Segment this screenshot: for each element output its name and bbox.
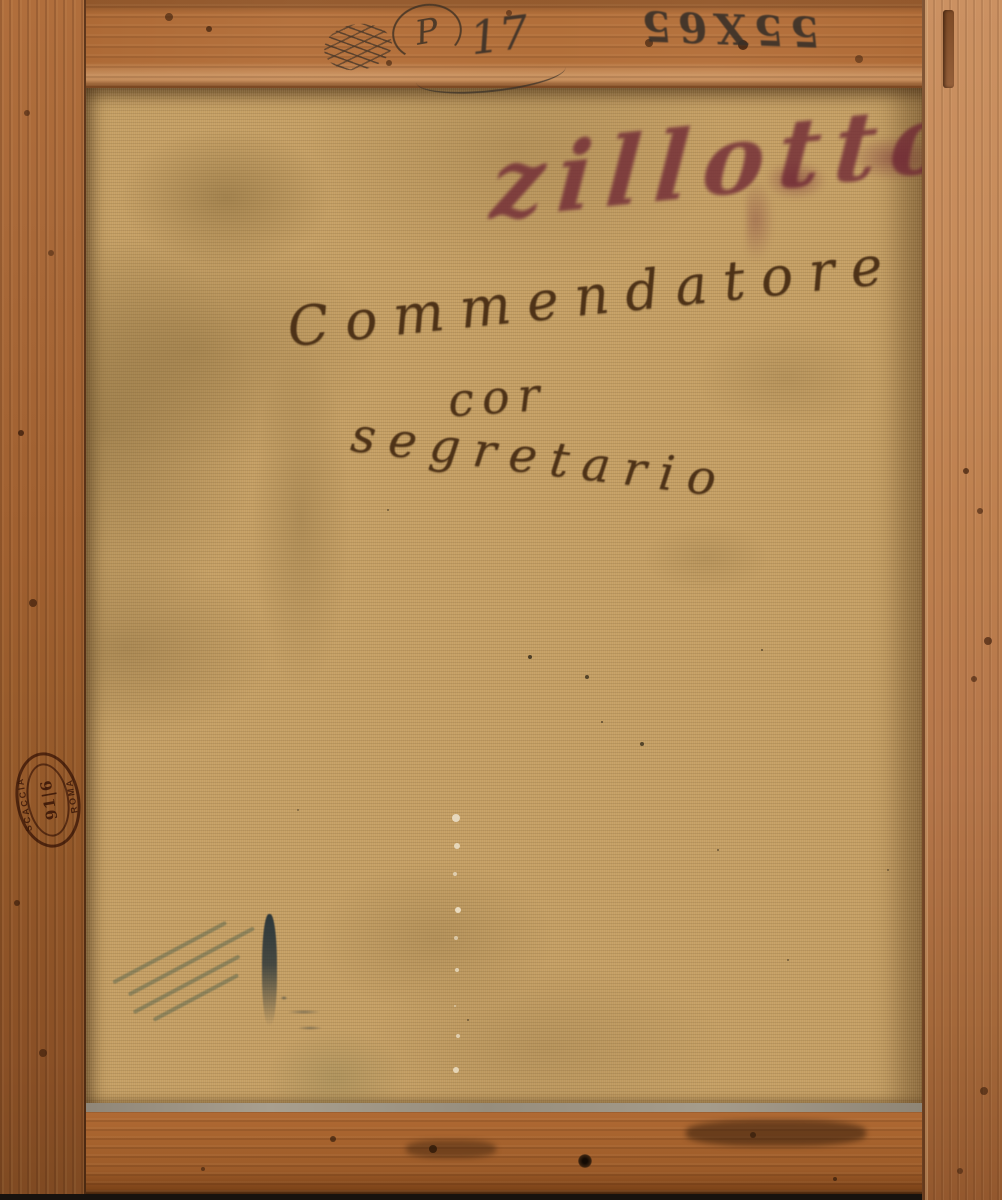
white-paint-drips bbox=[452, 814, 460, 822]
wood-gouges-top bbox=[206, 26, 212, 32]
mortise-slot bbox=[943, 10, 954, 88]
wood-knots-right bbox=[963, 468, 969, 474]
canvas-back: zillotto Commendatore cor segretario bbox=[86, 88, 922, 1104]
scuff-mark-small bbox=[406, 1140, 496, 1158]
stretcher-bar-top: P 17 55X65 bbox=[86, 0, 924, 88]
ink-splash-marks bbox=[274, 988, 334, 1038]
scribble-mark bbox=[321, 19, 395, 74]
oval-rome-stamp: SCACCIA 91|6 ROMA bbox=[8, 747, 88, 853]
painting-back-photo: zillotto Commendatore cor segretario P 1… bbox=[0, 0, 1002, 1200]
stretcher-bar-right bbox=[922, 0, 1002, 1200]
wood-gouges-left bbox=[18, 430, 24, 436]
inscription-line-2: cor bbox=[446, 367, 549, 428]
wood-knot-bottom bbox=[578, 1154, 592, 1168]
circled-letter-annotation: P bbox=[388, 0, 467, 66]
size-annotation-upside-down: 55X65 bbox=[632, 1, 822, 57]
scuff-mark bbox=[686, 1120, 866, 1146]
frame-bar-left: SCACCIA 91|6 ROMA bbox=[0, 0, 86, 1194]
dark-specks bbox=[528, 655, 532, 659]
stretcher-bar-bottom bbox=[86, 1112, 922, 1194]
